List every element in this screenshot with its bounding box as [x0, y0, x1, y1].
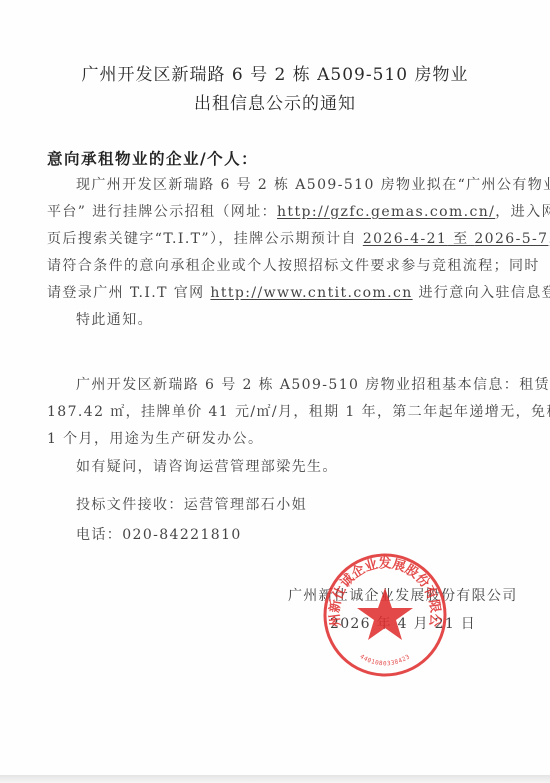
- paragraph1-line2-text: 平台” 进行挂牌公示招租（网址：: [47, 204, 277, 220]
- page-bottom-edge: [0, 775, 550, 783]
- paragraph1-line2: 平台” 进行挂牌公示招租（网址：http://gzfc.gemas.com.cn…: [47, 203, 502, 221]
- paragraph1-line1: 现广州开发区新瑞路 6 号 2 栋 A509-510 房物业拟在“广州公有物业出…: [76, 176, 531, 194]
- cntit-website-link[interactable]: http://www.cntit.com.cn: [210, 285, 412, 301]
- listing-end-date: 2026-5-7: [474, 231, 548, 247]
- document-title-line2: 出租信息公示的通知: [0, 89, 550, 114]
- salutation: 意向承租物业的企业/个人：: [47, 147, 258, 169]
- document-page: 广州开发区新瑞路 6 号 2 栋 A509-510 房物业 出租信息公示的通知 …: [0, 0, 550, 783]
- paragraph2-line2: 187.42 ㎡，挂牌单价 41 元/㎡/月，租期 1 年，第二年起年递增无，免…: [47, 403, 502, 421]
- gzfc-website-link[interactable]: http://gzfc.gemas.com.cn/: [277, 204, 495, 220]
- paragraph1-line5-tail: 进行意向入驻信息登记。: [413, 285, 550, 301]
- contact-phone: 电话：020-84221810: [76, 526, 531, 544]
- svg-text:4401080338423: 4401080338423: [359, 653, 412, 667]
- paragraph2-line1: 广州开发区新瑞路 6 号 2 栋 A509-510 房物业招租基本信息：租赁面积: [76, 376, 531, 394]
- bid-receiver: 投标文件接收：运营管理部石小姐: [76, 496, 531, 514]
- paragraph2-line3: 1 个月，用途为生产研发办公。: [47, 430, 502, 448]
- company-seal-icon: 广州新仕诚企业发展股份有限公司 4401080338423: [322, 552, 448, 678]
- closing-text: 特此通知。: [76, 311, 531, 329]
- paragraph1-line3: 页后搜索关键字“T.I.T”），挂牌公示期预计自 2026-4-21 至 202…: [47, 230, 502, 248]
- listing-start-date: 2026-4-21: [363, 231, 447, 247]
- paragraph1-line2-tail: ，进入网: [495, 204, 550, 220]
- paragraph1-line5: 请登录广州 T.I.T 官网 http://www.cntit.com.cn 进…: [47, 284, 502, 302]
- date-range-separator: 至: [447, 231, 474, 247]
- paragraph1-line5-text: 请登录广州 T.I.T 官网: [47, 285, 210, 301]
- paragraph1-line3-text: 页后搜索关键字“T.I.T”），挂牌公示期预计自: [47, 231, 363, 247]
- contact-inquiry: 如有疑问，请咨询运营管理部梁先生。: [76, 458, 531, 476]
- document-title-line1: 广州开发区新瑞路 6 号 2 栋 A509-510 房物业: [0, 60, 550, 85]
- paragraph1-line4: 请符合条件的意向承租企业或个人按照招标文件要求参与竞租流程；同时: [47, 257, 502, 275]
